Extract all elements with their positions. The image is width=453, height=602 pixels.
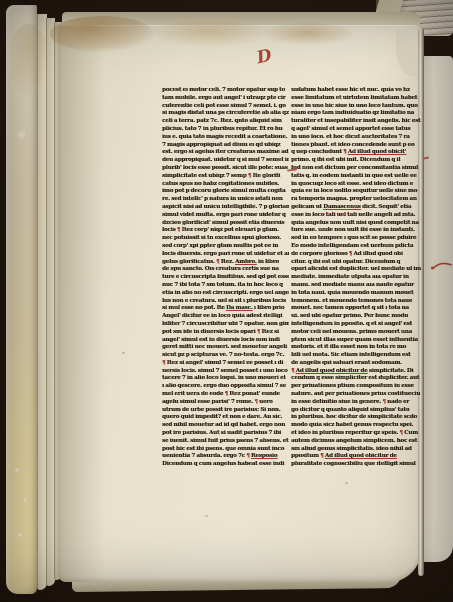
text-line: uenientia 7 absurda. ergo 7c ¶ Respōsio [162, 453, 289, 461]
text-line: etiā in alio nō est circūscripti. ergo u… [162, 290, 289, 298]
text-line: nūc 7 ibi tota 7 sm totum. ita in hoc lo… [162, 282, 289, 290]
text-line: go dicitur q quanto aliquid simplius' tā… [291, 407, 422, 415]
next-page-edge [423, 56, 453, 562]
text-line: uīdatum habet esse hic et nūc. quia vō h… [291, 87, 422, 95]
text-line: niam ergo tam indiuiduatio qz limitatio … [291, 110, 422, 118]
text-line: in uno loco. et hoc dicūt auctoritates 7… [291, 134, 422, 142]
text-line: esse in loco tali uel tali uelle angeli … [291, 212, 422, 220]
text-line: uersis locis. simul 7 semel posset ī uno… [162, 368, 289, 376]
text-line: mouet. nec tamen opportet q sit ī tota n… [291, 305, 422, 313]
text-line: pocest eī motor celi. 7 motor opatur sup… [162, 87, 289, 95]
text-line: ¶ Ad illud quod obicitur de simplicitate… [291, 368, 422, 376]
text-line: opari alicubi est dupliciter. uel mediat… [291, 266, 422, 274]
text-line: pluralitate cognoscibiliū que ītelligit … [291, 461, 422, 469]
text-line: gelus glorificatus. ¶ Itez. Ambro. in li… [162, 259, 289, 267]
text-line: mel erit uera de eodē ¶ Itez ponat' eund… [162, 391, 289, 399]
book-photo: D pocest eī motor celi. 7 motor opatur s… [0, 0, 453, 602]
text-line: nec potuissit si tn excellīus spūi glori… [162, 235, 289, 243]
text-line: ptem sicut illas super quam esset influe… [291, 337, 422, 345]
text-line: celi a terra. patz 7c. Itez. qnto aliqui… [162, 118, 289, 126]
fox-spot [345, 482, 348, 484]
text-line: pōt sm idē in diuersis locis opari ¶ Ite… [162, 329, 289, 337]
fox-spot [122, 352, 125, 354]
text-line: ture sue. unde non uult ibi esse in inst… [291, 227, 422, 235]
text-line: motor celi uel mouens. primo mouert unā [291, 329, 422, 337]
text-line: ui. sed ubi opatur primo. Per hunc modū [291, 313, 422, 321]
text-column-left: pocest eī motor celi. 7 motor opatur sup… [162, 87, 289, 469]
text-line: temonem. et mouendo temones totā nauē [291, 298, 422, 306]
text-line: sm aliud genus simplicitatis. ideo nihil… [291, 446, 422, 454]
text-line: de spū sancto. Oīs creatura certis sue n… [162, 266, 289, 274]
text-line: q āgel' simul et semel apportet esse tāt… [291, 126, 422, 134]
text-line: tacere 7 in alio loco loqui. in uno moue… [162, 375, 289, 383]
text-line: sed in eo tempore ī quo scit se posse pd… [291, 235, 422, 243]
text-line: citur. q ibi est ubi opatur. Dicendum q [291, 259, 422, 267]
text-line: se iuenit. simul fuit prius psens 7 abse… [162, 438, 289, 446]
text-line: manu. sed mediate manu aīa naute opatur [291, 282, 422, 290]
text-line: lud non est dictum per concomitantiā sim… [291, 165, 422, 173]
text-line: ppositum ¶ Ad illud quod obicitur de [291, 453, 422, 461]
text-line: in quocūqz loco sit esse. sed ideo dictu… [291, 181, 422, 189]
text-line: intelligendum in pposito. q et si angel'… [291, 321, 422, 329]
text-line: Angel' dicitur ee in loco quia adest īte… [162, 313, 289, 321]
text-line: tiones pbant. et ideo concedende sunt p … [291, 142, 422, 150]
text-line: quia ee in loco uolito sequitur uelle si… [291, 188, 422, 196]
text-line: imo pōt p decoru glorie simul multa cogi… [162, 188, 289, 196]
text-line: āgelū simul esse parisi' 7 rome. ¶ uero [162, 399, 289, 407]
text-line: nature. aut per priuationes prius cōstit… [291, 391, 422, 399]
text-line: dzcieo glorificat' simul possit etiā diu… [162, 220, 289, 228]
text-line: q uep concludunt ¶ Ad illud quod obicit' [291, 149, 422, 157]
text-line: ius ē. quia tāto magis recedit a coartat… [162, 134, 289, 142]
text-line: cendum q esse simpliciter est dupliciter… [291, 375, 422, 383]
text-line: biliter 7 circūscribitur ubi 7 opatur. n… [162, 321, 289, 329]
text-line: plurib' locis esse possit. sicut ille po… [162, 165, 289, 173]
text-line: sed nihil mouetur ad id qd habet. ergo n… [162, 422, 289, 430]
text-line: aspicit nisi ad unicū intelligibile. 7 p… [162, 204, 289, 212]
text-line: et ideo in pluribus reperitur qz speis. … [291, 430, 422, 438]
fox-spot [205, 515, 208, 517]
text-line: simplicitatē est ubiqz 7 semp ¶ Ite glor… [162, 173, 289, 181]
text-line: sed corp' xpi ppter gfam multis pōt ee i… [162, 243, 289, 251]
text-line: pōt ire parisius. Aut si uadit parisius … [162, 430, 289, 438]
text-line: in tota naui. quia mouendo manum mouet [291, 290, 422, 298]
text-line: locis ¶ Itez corp' niqz pōt eleuari p gf… [162, 227, 289, 235]
text-line: ra temporis magna. propter uelocitatem a… [291, 196, 422, 204]
text-line: ī alio qescere. ergo duo opposita simul … [162, 383, 289, 391]
text-line: de corpore glorioso ¶ Ad illud quod obi [291, 251, 422, 259]
text-line: quero quid impedit? et non ē dare. Aū si… [162, 414, 289, 422]
text-line: primo. q ibi est ubi init. Dicendum q il [291, 157, 422, 165]
text-line: simul videt multa. ergo pari rōne uidetu… [162, 212, 289, 220]
text-line: in esse definitio siue in genere. ¶ nādo… [291, 399, 422, 407]
text-line: mediate. immediate utputa aīa opatur in [291, 274, 422, 282]
text-line: Eo modo intelligendam est uerbum pdicta [291, 243, 422, 251]
book-cover-edge [6, 5, 37, 594]
text-line: cūferentie celi pōt esse simul 7 semel. … [162, 103, 289, 111]
text-line: est. ergo si āgelus iter creaturas maxim… [162, 149, 289, 157]
text-line: esse limitatum et uirtutem limitatam hab… [291, 95, 422, 103]
text-line: de angelis qui saluari erant sodomam. [291, 360, 422, 368]
text-line: post hic est ibi psens. que omnia sunt i… [162, 446, 289, 454]
text-line: tam mobile. ergo aūt angel' i utraqz pte… [162, 95, 289, 103]
margin-annotation-mark [430, 259, 453, 273]
text-line: geret mitti nec moueri. sed mouetur ange… [162, 344, 289, 352]
text-line: bili uel mota. Sic etiam intelligendum e… [291, 352, 422, 360]
text-line: plicius. tāto 7 in pluribus repitur. Et … [162, 126, 289, 134]
text-line: re. sed intellc' p naturā in unico īstāt… [162, 196, 289, 204]
quire-signature-mark: D [255, 48, 273, 68]
text-line: quia angelus non uult nisi quod competit… [291, 220, 422, 228]
text-line: modo quia sicz habet genus respectu spei… [291, 422, 422, 430]
text-line: lus non ē creatura. uel si sit ī pluribu… [162, 298, 289, 306]
text-line: ture ē circūscripta limitibus. sed qd pō… [162, 274, 289, 282]
text-line: autem dicimus angelum simplicem. hoc est [291, 438, 422, 446]
text-line: tatis q. in eodem instanti in quo est ue… [291, 173, 422, 181]
text-line: deū appropiquat. uidetur q si mul 7 seme… [162, 157, 289, 165]
text-line: si mul esse nō pōt. Itē Da masc. ī libro… [162, 305, 289, 313]
text-line: 7 magis appropiquat ad diuīū eī qd ubiqz [162, 142, 289, 150]
text-line: in pluribus. hoc dicitur de simplicitate… [291, 414, 422, 422]
text-line: catus spūs nō habz cogitationes nubiles. [162, 181, 289, 189]
text-line: per priuationes ptium compositum in esse [291, 383, 422, 391]
text-line: Dicendum q cum angelus habeat esse indi [162, 461, 289, 469]
text-line: motoris. et it illa esset non in tota re… [291, 344, 422, 352]
text-line: utrum de urbe possit ire parisius: Si no… [162, 407, 289, 415]
text-line: si magis distat una ps circūferētie ab a… [162, 110, 289, 118]
text-line: locis diuersis. ergo pari rōne ut uidetu… [162, 251, 289, 259]
text-line: turaliter et insepabiliter insit angelis… [291, 118, 422, 126]
text-line: angel' simul est in diuersis locis non i… [162, 337, 289, 345]
text-line: gelicam ut Damascenus dicit. Sequit' eti… [291, 204, 422, 212]
text-line: sicut pz p scipturas ve. 7 no-testa. erg… [162, 352, 289, 360]
text-line: ¶ Itez si angel' simul 7 semel ee posset… [162, 360, 289, 368]
gutter-shadow [58, 25, 106, 582]
text-column-right: uīdatum habet esse hic et nūc. quia vō h… [291, 87, 422, 469]
text-line: esse in uno hic siue in uno loco tantum.… [291, 103, 422, 111]
